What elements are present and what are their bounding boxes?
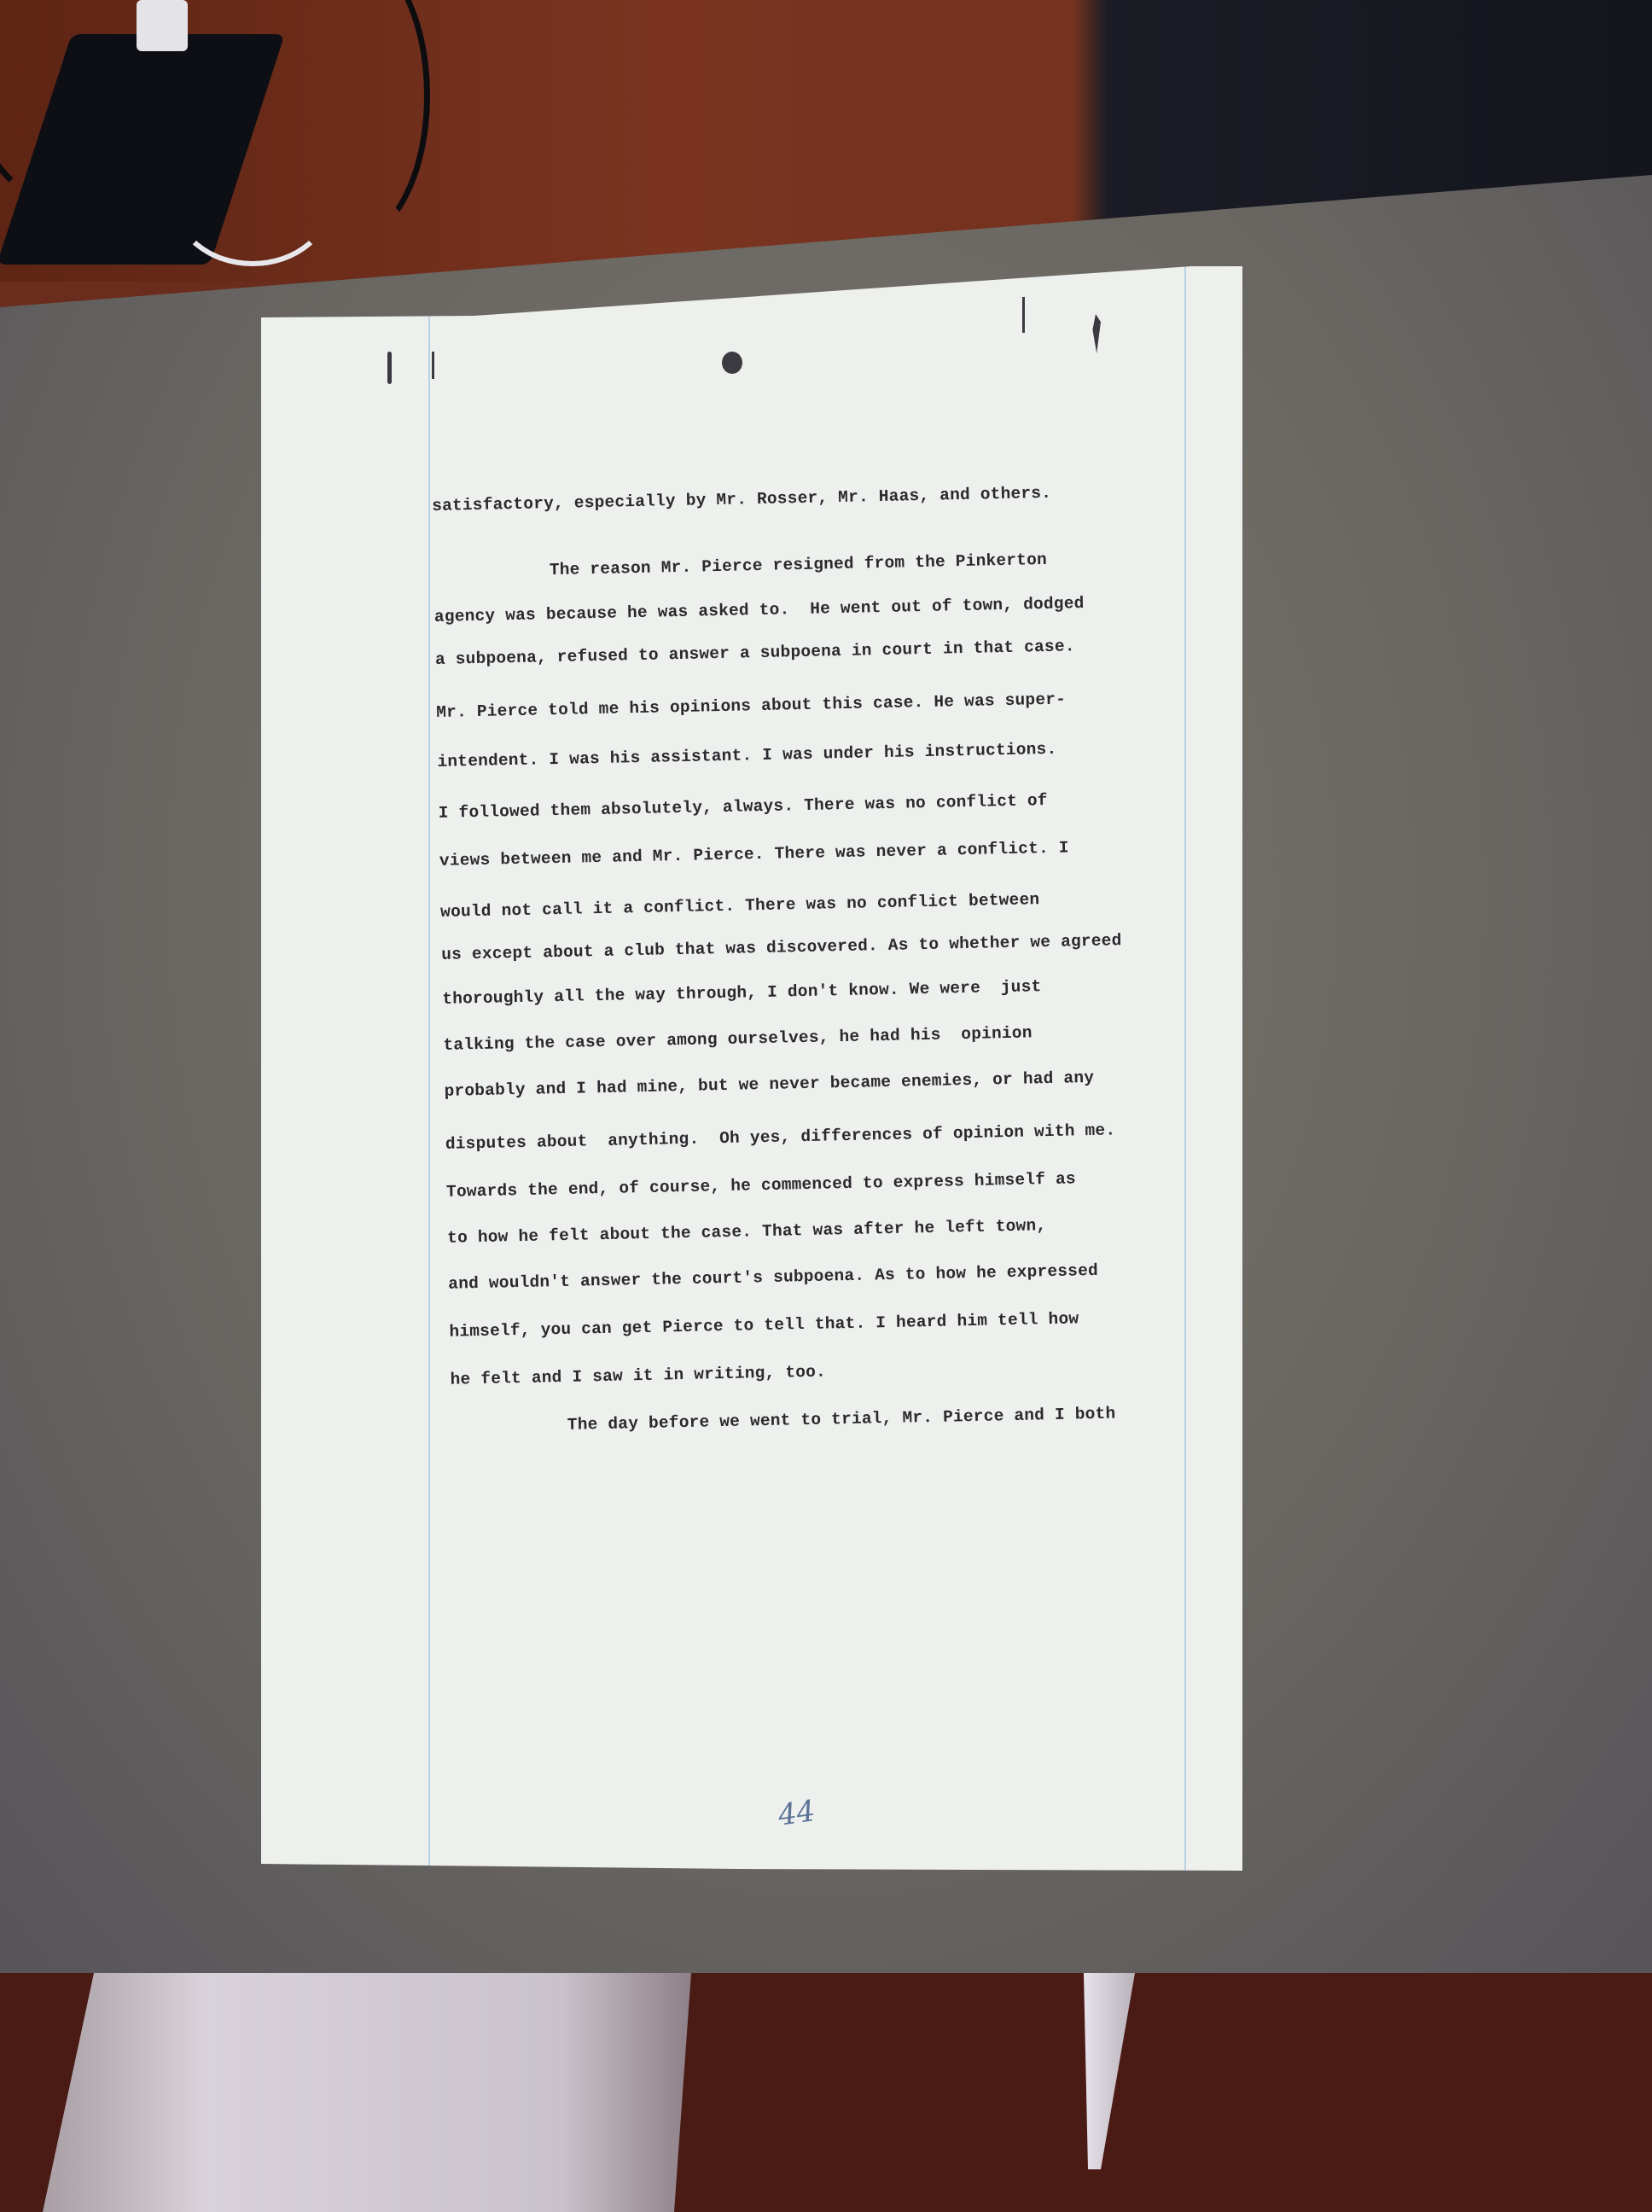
- punch-hole: [1022, 297, 1025, 333]
- typewritten-page: satisfactory, especially by Mr. Rosser, …: [261, 266, 1242, 1871]
- text-line: to how he felt about the case. That was …: [447, 1216, 1047, 1248]
- white-cable: [171, 128, 334, 266]
- text-line: Towards the end, of course, he commenced…: [446, 1169, 1076, 1201]
- text-line: probably and I had mine, but we never be…: [444, 1068, 1094, 1101]
- text-line: would not call it a conflict. There was …: [440, 890, 1040, 922]
- text-line: satisfactory, especially by Mr. Rosser, …: [432, 484, 1051, 515]
- punch-hole: [722, 352, 742, 374]
- text-line: he felt and I saw it in writing, too.: [450, 1363, 826, 1389]
- text-line: us except about a club that was discover…: [441, 931, 1122, 964]
- text-line: a subpoena, refused to answer a subpoena…: [435, 637, 1075, 669]
- transcript-body: satisfactory, especially by Mr. Rosser, …: [432, 480, 1200, 497]
- text-line: thoroughly all the way through, I don't …: [442, 977, 1042, 1009]
- text-line: himself, you can get Pierce to tell that…: [449, 1309, 1079, 1341]
- left-margin-rule: [428, 266, 430, 1871]
- text-line: talking the case over among ourselves, h…: [443, 1023, 1032, 1054]
- punch-hole: [387, 352, 392, 384]
- text-line: and wouldn't answer the court's subpoena…: [448, 1261, 1098, 1294]
- handwritten-page-number: 44: [776, 1794, 817, 1833]
- punch-hole: [432, 352, 434, 379]
- light-glare: [43, 1973, 691, 2212]
- text-line: I followed them absolutely, always. Ther…: [439, 791, 1048, 823]
- text-line: The reason Mr. Pierce resigned from the …: [433, 550, 1048, 582]
- text-line: disputes about anything. Oh yes, differe…: [445, 1121, 1116, 1153]
- right-margin-rule: [1184, 266, 1186, 1871]
- text-line: The day before we went to trial, Mr. Pie…: [451, 1404, 1116, 1436]
- text-line: views between me and Mr. Pierce. There w…: [439, 838, 1069, 870]
- punch-hole: [1091, 314, 1101, 353]
- text-line: intendent. I was his assistant. I was un…: [437, 740, 1056, 771]
- text-line: Mr. Pierce told me his opinions about th…: [436, 690, 1066, 721]
- text-line: agency was because he was asked to. He w…: [434, 594, 1085, 626]
